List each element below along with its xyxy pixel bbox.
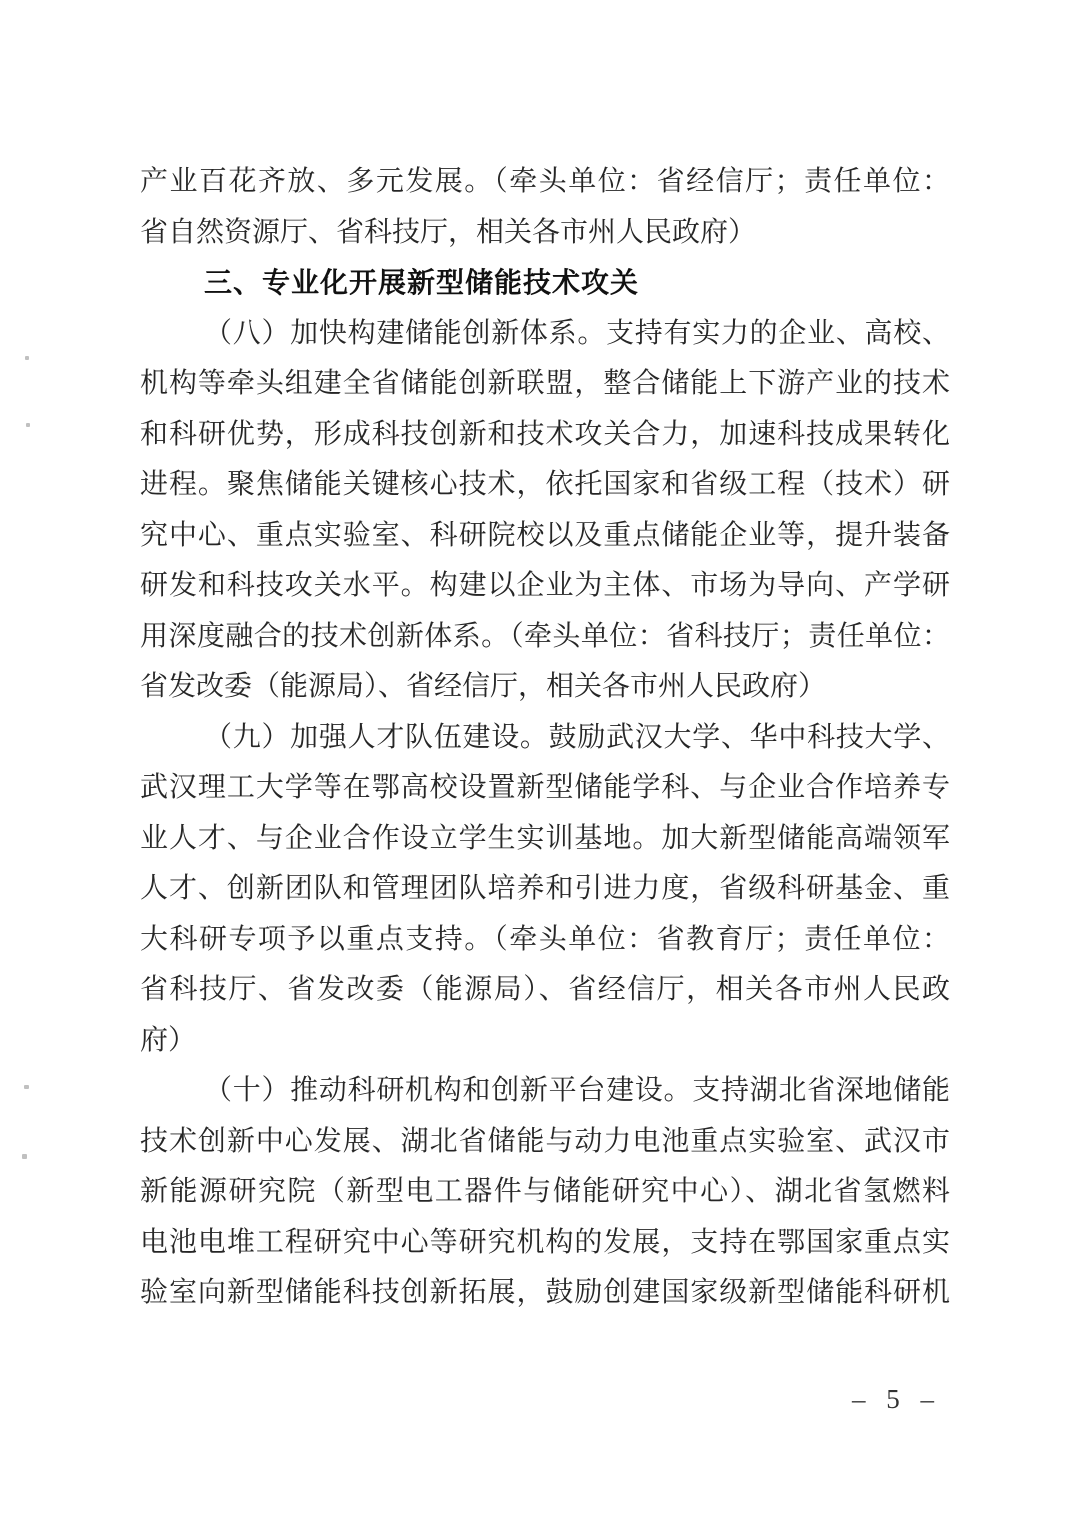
text-line: （九）加强人才队伍建设。鼓励武汉大学、华中科技大学、 xyxy=(140,713,950,764)
text-line: 产业百花齐放、多元发展。（牵头单位：省经信厅；责任单位： xyxy=(140,157,950,208)
text-line: 省发改委（能源局）、省经信厅，相关各市州人民政府） xyxy=(140,662,950,713)
text-line: 和科研优势，形成科技创新和技术攻关合力，加速科技成果转化 xyxy=(140,410,950,461)
text-line: 机构等牵头组建全省储能创新联盟，整合储能上下游产业的技术 xyxy=(140,359,950,410)
text-line: 省自然资源厅、省科技厅，相关各市州人民政府） xyxy=(140,208,950,259)
text-line: 省科技厅、省发改委（能源局）、省经信厅，相关各市州人民政 xyxy=(140,965,950,1016)
document-page: 产业百花齐放、多元发展。（牵头单位：省经信厅；责任单位： 省自然资源厅、省科技厅… xyxy=(0,0,1080,1528)
scan-artifact xyxy=(24,1085,29,1089)
scan-artifact xyxy=(25,356,29,360)
text-line: 研发和科技攻关水平。构建以企业为主体、市场为导向、产学研 xyxy=(140,561,950,612)
text-line: 进程。聚焦储能关键核心技术，依托国家和省级工程（技术）研 xyxy=(140,460,950,511)
text-line: 验室向新型储能科技创新拓展，鼓励创建国家级新型储能科研机 xyxy=(140,1268,950,1319)
text-line: 大科研专项予以重点支持。（牵头单位：省教育厅；责任单位： xyxy=(140,915,950,966)
text-line: （十）推动科研机构和创新平台建设。支持湖北省深地储能 xyxy=(140,1066,950,1117)
text-line: 电池电堆工程研究中心等研究机构的发展，支持在鄂国家重点实 xyxy=(140,1218,950,1269)
text-line: （八）加快构建储能创新体系。支持有实力的企业、高校、 xyxy=(140,309,950,360)
text-block: 产业百花齐放、多元发展。（牵头单位：省经信厅；责任单位： 省自然资源厅、省科技厅… xyxy=(140,157,950,1319)
text-line: 技术创新中心发展、湖北省储能与动力电池重点实验室、武汉市 xyxy=(140,1117,950,1168)
page-number: – 5 – xyxy=(852,1384,972,1415)
section-heading: 三、专业化开展新型储能技术攻关 xyxy=(140,258,950,309)
text-line: 府） xyxy=(140,1016,950,1067)
text-line: 新能源研究院（新型电工器件与储能研究中心）、湖北省氢燃料 xyxy=(140,1167,950,1218)
scan-artifact xyxy=(26,423,30,427)
text-line: 武汉理工大学等在鄂高校设置新型储能学科、与企业合作培养专 xyxy=(140,763,950,814)
scan-artifact xyxy=(22,1154,27,1159)
text-line: 用深度融合的技术创新体系。（牵头单位：省科技厅；责任单位： xyxy=(140,612,950,663)
text-line: 人才、创新团队和管理团队培养和引进力度，省级科研基金、重 xyxy=(140,864,950,915)
text-line: 业人才、与企业合作设立学生实训基地。加大新型储能高端领军 xyxy=(140,814,950,865)
text-line: 究中心、重点实验室、科研院校以及重点储能企业等，提升装备 xyxy=(140,511,950,562)
